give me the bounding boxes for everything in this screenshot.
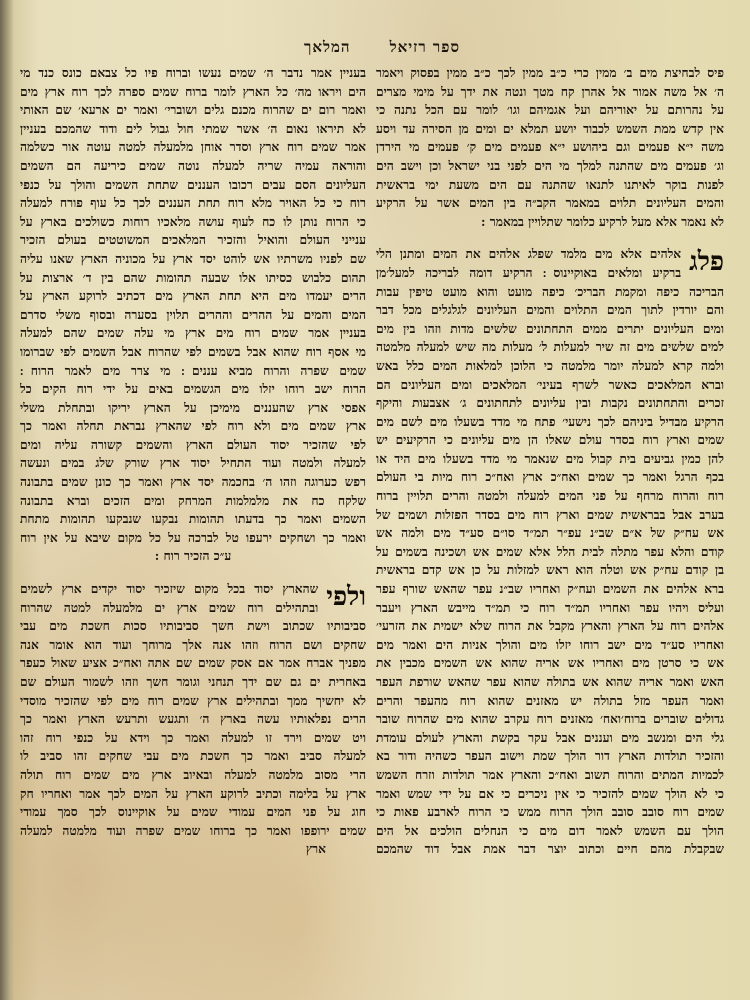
catchword: ארץ: [20, 840, 366, 859]
text-line: חוג על פני המים עמודי שמים על אוקיינוס ל…: [20, 803, 366, 822]
section-lead-word: ולפי: [326, 582, 366, 612]
text-line: בעניין אמר שמים רוח מים ארץ מי עלה שמים …: [20, 324, 366, 343]
text-line: ועליס ויהיו עפר ואחריו תמ״ד רוח כי תמ״ד …: [376, 599, 724, 618]
text-line: הרקיע מבדיל ביניהם לכך נישעי׳ פתח מי מדד…: [376, 413, 724, 432]
text-line: מי אסף רוח שהוא אבל בשמים לפי שהרוח אבל …: [20, 343, 366, 362]
text-line: שחקים ושם הרוח וזהו אנה אלך מרוחך ועוד ה…: [20, 636, 366, 655]
text-line: אלהים רוח על הארץ והארץ מקבל את הרוח שלא…: [376, 617, 724, 636]
text-line: סביבותיו שכתוב וישת חשך סביבותיו סכות חש…: [20, 617, 366, 636]
text-line: הרי מסוב מלמטה למעלה ובאיוב ארץ מים שמים…: [20, 766, 366, 785]
text-line: שמים שפרה והרוח מביא עננים ׃ מי צרר מים …: [20, 362, 366, 381]
text-line: מפניך אברח אמר אם אסק שמים שם אתה ואח״כ …: [20, 654, 366, 673]
text-line: פיס לבחיצת מים ב׳ ממין כרי כ״ב ממין לכך …: [376, 64, 724, 83]
running-head: ספר רזיאל המלאך: [0, 38, 750, 62]
text-line: אין קדש ממת השמש לכבוד יושע תמלא ים ומים…: [376, 120, 724, 139]
text-line: ולמה קרא למעלה יומר מלמטה כי הלוכן למלאו…: [376, 357, 724, 376]
text-line: לפנות בוקר לאיתנו לתנאו שהתנה עם הים משע…: [376, 176, 724, 195]
text-line: ענייני העולם והואיל והזכיר המלאכים המשוט…: [20, 231, 366, 250]
text-line: בעניין אמר נדבר ה׳ שמים נעשו וברוח פיו כ…: [20, 64, 366, 83]
manuscript-page: ספר רזיאל המלאך פיס לבחיצת מים ב׳ ממין כ…: [0, 0, 750, 1000]
text-line: למעלה ולמטה ועוד התחיל יסוד ארץ שורק שלג…: [20, 454, 366, 473]
text-line: שמים ירופפו ואמר כך ברוחו שמים שפרה ועוד…: [20, 822, 366, 841]
text-line: ואמר כך ושחקים ירעפו טל לברכה על כל מקום…: [20, 529, 366, 548]
text-line: העליונים הסם עבים רכובו העננים שתחת השמי…: [20, 176, 366, 195]
text-line: הרוח ישב רוחו יזלו מים הגשמים באים על יד…: [20, 380, 366, 399]
text-line: אפסי ארץ שהעננים מימיכן על הארץ יריקו וב…: [20, 399, 366, 418]
text-line: בן קודם עח״ק אש וטלה הוא ראש למזלות על כ…: [376, 561, 724, 580]
text-line: זכרים והתחתונים נקבות ובין עליונים לתחתו…: [376, 394, 724, 413]
text-line: רפש כערוגה וזהו ה׳ בחכמה יסד ארץ ואמר כך…: [20, 473, 366, 492]
paragraph-gap: [376, 231, 724, 245]
text-line: קודם והלא עפר מתלה לבית הלל אלא שמים אש …: [376, 543, 724, 562]
text-line: אש כי סרטן מים ואחריו אש אריה שהוא אש הש…: [376, 654, 724, 673]
running-head-title: ספר רזיאל: [390, 38, 460, 57]
text-line: האש ואמר אריה שהוא אש בתולה שהוא עפר שהא…: [376, 673, 724, 692]
text-line: רוח כי כל האויר מלא רוח תחת העננים לכך כ…: [20, 194, 366, 213]
text-line: ובתהילים רוח שמים ארץ ים מלמעלה למטה שהר…: [20, 599, 318, 618]
text-line: אמר שמים רוח ארץ וסדר אוחן מלמעלה למטה ע…: [20, 138, 366, 157]
text-line: ברקיע ומלאים באוקיינוס ׃ הרקיע דומה לברי…: [376, 264, 681, 283]
text-line: למעלה סביב ואמר כך חשכת מים עבי שחקים זה…: [20, 747, 366, 766]
text-line: המים והמים על ההרים וההרים תלוין בסערה ו…: [20, 306, 366, 325]
text-line: השמים ואמר כך בדעתו תהומות נבקעו שנבקעו …: [20, 510, 366, 529]
text-line: הים ויראו מה׳ כל הארץ לומר ברוח שמים ספר…: [20, 83, 366, 102]
text-line: שמים וארץ רוח בסדר עולם שאלו הן מים עליו…: [376, 431, 724, 450]
text-line: גלי הים ומנשב מים ועננים אבל עקר בקשת וה…: [376, 729, 724, 748]
section-opening: פלג אלהים אלא מים מלמד שפלג אלהים את המי…: [376, 245, 724, 282]
paragraph-end-line: לא נאמר אלא מעל לרקיע כלומר שתלויין במאמ…: [376, 213, 724, 232]
text-line: וג׳ פעמים מים שהתנה למלך מי הים לפני בני…: [376, 157, 724, 176]
text-line: הבריכה כיפה ומקמת הבריכ׳ כיפה מועט והוא …: [376, 283, 724, 302]
text-line: בערב אבל בבראשית שמים וארץ רוח מים בסדר …: [376, 506, 724, 525]
text-line: אש עח״ק של א״ם שב״נ עפ״ר תמ״ד סו״ם סע״ד …: [376, 524, 724, 543]
running-head-subtitle: המלאך: [304, 38, 351, 57]
text-line: ויט שמים וירד זו למעלה ואמר כך וידא על כ…: [20, 729, 366, 748]
text-line: שלקח כח את מלמלמות המרחק ומים הזכים וברא…: [20, 492, 366, 511]
text-line: משה י״א פעמים וגם ביהושע י״א פעמים מים ק…: [376, 138, 724, 157]
text-line: ברא אלהים את השמים ועח״ק ואחריו שב״נ עפר…: [376, 580, 724, 599]
text-line: והזכיר תולדות הארץ דור הולך שמת וישוב הע…: [376, 747, 724, 766]
text-line: לא תיראו נאום ה׳ אשר שמתי חול גבול לים ו…: [20, 120, 366, 139]
left-column: בעניין אמר נדבר ה׳ שמים נעשו וברוח פיו כ…: [20, 64, 366, 859]
text-line: כי לא הולך שמים להזכיר כי אין ניכרים כי …: [376, 785, 724, 804]
text-line: שם לפניו משרתיו אש לוהט יסד ארץ על מכוני…: [20, 250, 366, 269]
text-line: ארץ על בלימה וכתיב לרוקע הארץ על המים לכ…: [20, 785, 366, 804]
text-line: גדולים שוברים ברוח׳ואח׳ מאזנים רוח עקרב …: [376, 710, 724, 729]
text-line: הרים נפלאותיו עשה בארץ ה׳ ותגעש ותרעש הא…: [20, 710, 366, 729]
text-line: והם יורדין לתוך המים התלוים והמים העליונ…: [376, 301, 724, 320]
text-line: כי הרוח נותן לו כח לעוף עושה מלאכיו רוחו…: [20, 213, 366, 232]
text-line: שמים רוח סובב סובב הולך הרוח ממש כי הרוח…: [376, 803, 724, 822]
section-lead-word: פלג: [689, 247, 724, 277]
paragraph-end-line: ע״כ הזכיר רוח :: [20, 547, 366, 566]
text-line: למים שלשים מים זה שיר למעלות ל׳ מעלות מה…: [376, 338, 724, 357]
text-line: לפי שהזכיר יסוד העולם הארץ והשמים קשורה …: [20, 436, 366, 455]
right-column: פיס לבחיצת מים ב׳ ממין כרי כ״ב ממין לכך …: [376, 64, 724, 859]
text-line: לא יחשיך ממך ובתהילים ארץ שמים רוח מים ל…: [20, 692, 366, 711]
text-line: הרים יעמדו מים היא תחת הארץ מים דכתיב לר…: [20, 287, 366, 306]
text-line: תהום כלבוש כסיתו אלו שבעה תהומות שהם בין…: [20, 269, 366, 288]
text-line: ואמר העפר מזל בתולה יש מאזנים שהוא רוח מ…: [376, 692, 724, 711]
text-line: שבקבלת מהם חיים וכתוב יוצר דבר אמת אבל ד…: [376, 840, 724, 859]
text-line: רוח והרוח מרחף על פני המים למעלה ולמטה ו…: [376, 487, 724, 506]
text-line: הולך עם השמש לאמר דום מים כי הנחלים הולכ…: [376, 822, 724, 841]
text-line: ואחריו סע״ד מים ישב רוחו יזלו מים והולך …: [376, 636, 724, 655]
text-line: בכף הרגל ואמר כך שמים ואח״כ ארץ ואח״כ רו…: [376, 468, 724, 487]
text-line: לכמיות המתים והרוח תשוב ואח״כ והארץ אמר …: [376, 766, 724, 785]
text-line: שהארץ יסוד בכל מקום שיזכיר יסוד יקדים אר…: [20, 580, 318, 599]
text-line: ה׳ אל משה אמור אל אהרן קח מטך ונטה את יד…: [376, 83, 724, 102]
text-line: באחרית ים גם שם ידך תנחני וגומר חשך וזהו…: [20, 673, 366, 692]
paragraph-gap: [20, 566, 366, 580]
text-line: להן כמין גביעים בית קבול מים שנאמר מי מד…: [376, 450, 724, 469]
text-line: והמים העליונים תלוים במאמר הקב״ה בין המי…: [376, 194, 724, 213]
text-line: והוראה עמיה שריה למעלה נוטה שמים כיריעה …: [20, 157, 366, 176]
text-line: על נהרותם על יאוריהם ועל אגמיהם וגו׳ לומ…: [376, 101, 724, 120]
text-line: ארץ שמים מים ולא רוח לפי שהארץ נבראת תחל…: [20, 417, 366, 436]
text-line: ומים העליונים יתרים ממים התחתונים שלשים …: [376, 320, 724, 339]
text-line: וברא המלאכים כאשר לשרף בעיני׳ המלאכים ומ…: [376, 376, 724, 395]
binding-fold: [0, 0, 14, 1000]
text-line: אלהים אלא מים מלמד שפלג אלהים את המים ומ…: [376, 245, 681, 264]
text-line: ואמר רום ים שהרוח מכנם גלים ושוברי׳ ואמר…: [20, 101, 366, 120]
section-opening: ולפי שהארץ יסוד בכל מקום שיזכיר יסוד יקד…: [20, 580, 366, 617]
